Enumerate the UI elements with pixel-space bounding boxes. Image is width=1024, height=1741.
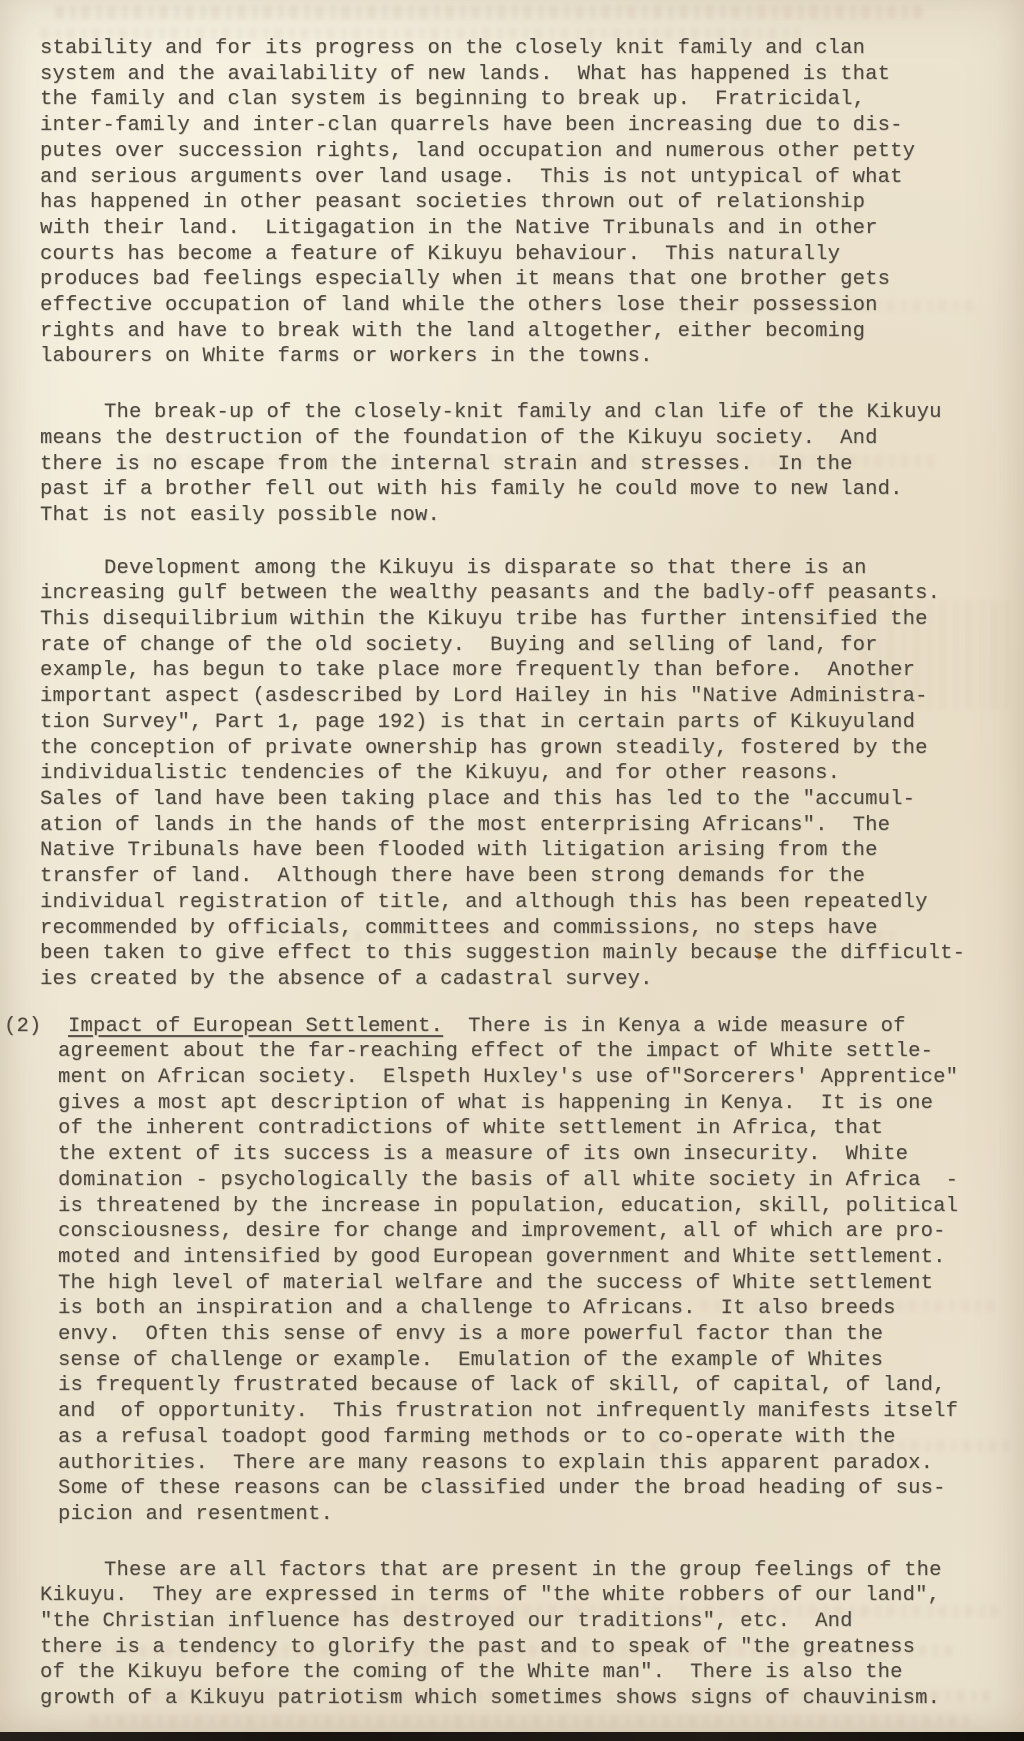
text-line: example, has begun to take place more fr… bbox=[40, 658, 992, 684]
text-line: Development among the Kikuyu is disparat… bbox=[40, 556, 992, 582]
text-line: and serious arguments over land usage. T… bbox=[40, 165, 992, 191]
text-line: rate of change of the old society. Buyin… bbox=[40, 633, 992, 659]
document-body: stability and for its progress on the cl… bbox=[40, 36, 992, 1712]
text-line: transfer of land. Although there have be… bbox=[40, 864, 992, 890]
paragraph-4-numbered-item: (2)Impact of European Settlement. There … bbox=[40, 1014, 992, 1528]
text-line: means the destruction of the foundation … bbox=[40, 426, 992, 452]
text-line: Native Tribunals have been flooded with … bbox=[40, 838, 992, 864]
text-line: ment on African society. Elspeth Huxley'… bbox=[58, 1065, 992, 1091]
scan-edge-bar bbox=[0, 1732, 1024, 1741]
text-line: increasing gulf between the wealthy peas… bbox=[40, 581, 992, 607]
paragraph-5: These are all factors that are present i… bbox=[40, 1558, 992, 1712]
text-line: ies created by the absence of a cadastra… bbox=[40, 967, 992, 993]
text-line: individualistic tendencies of the Kikuyu… bbox=[40, 761, 992, 787]
text-line: as a refusal toadopt good farming method… bbox=[58, 1425, 992, 1451]
text-line: the extent of its success is a measure o… bbox=[58, 1142, 992, 1168]
text-line: and of opportunity. This frustration not… bbox=[58, 1399, 992, 1425]
text-line: labourers on White farms or workers in t… bbox=[40, 344, 992, 370]
text-line: rights and have to break with the land a… bbox=[40, 319, 992, 345]
text-line: putes over succession rights, land occup… bbox=[40, 139, 992, 165]
text-line: effective occupation of land while the o… bbox=[40, 293, 992, 319]
text-line: This disequilibrium within the Kikuyu tr… bbox=[40, 607, 992, 633]
text-line: agreement about the far-reaching effect … bbox=[58, 1039, 992, 1065]
text-line: (2)Impact of European Settlement. There … bbox=[58, 1014, 992, 1040]
text-line: The break-up of the closely-knit family … bbox=[40, 400, 992, 426]
text-line: consciousness, desire for change and imp… bbox=[58, 1219, 992, 1245]
text-line: gives a most apt description of what is … bbox=[58, 1091, 992, 1117]
paragraph-1: stability and for its progress on the cl… bbox=[40, 36, 992, 370]
text-line: That is not easily possible now. bbox=[40, 503, 992, 529]
text-line: tion Survey", Part 1, page 192) is that … bbox=[40, 710, 992, 736]
text-line: the conception of private ownership has … bbox=[40, 736, 992, 762]
text-line: the family and clan system is beginning … bbox=[40, 87, 992, 113]
section-heading: Impact of European Settlement. bbox=[68, 1015, 443, 1038]
text-line: been taken to give effect to this sugges… bbox=[40, 941, 992, 967]
text-line: ation of lands in the hands of the most … bbox=[40, 813, 992, 839]
text-line: individual registration of title, and al… bbox=[40, 890, 992, 916]
text-line: recommended by officials, committees and… bbox=[40, 916, 992, 942]
text-line: is threatened by the increase in populat… bbox=[58, 1194, 992, 1220]
text-line: authorities. There are many reasons to e… bbox=[58, 1451, 992, 1477]
text-line: important aspect (asdescribed by Lord Ha… bbox=[40, 684, 992, 710]
text-line: is both an inspiration and a challenge t… bbox=[58, 1296, 992, 1322]
text-line: stability and for its progress on the cl… bbox=[40, 36, 992, 62]
text-line: "the Christian influence has destroyed o… bbox=[40, 1609, 992, 1635]
heading-line-text: There is in Kenya a wide measure of bbox=[443, 1015, 906, 1038]
text-line: sense of challenge or example. Emulation… bbox=[58, 1348, 992, 1374]
text-line: Sales of land have been taking place and… bbox=[40, 787, 992, 813]
paragraph-3: Development among the Kikuyu is disparat… bbox=[40, 556, 992, 993]
text-line: is frequently frustrated because of lack… bbox=[58, 1373, 992, 1399]
paragraph-2: The break-up of the closely-knit family … bbox=[40, 400, 992, 529]
text-line: inter-family and inter-clan quarrels hav… bbox=[40, 113, 992, 139]
text-line: domination - psychologically the basis o… bbox=[58, 1168, 992, 1194]
item-number: (2) bbox=[4, 1014, 42, 1040]
text-line: with their land. Litigagation in the Nat… bbox=[40, 216, 992, 242]
text-line: Some of these reasons can be classified … bbox=[58, 1476, 992, 1502]
text-line: picion and resentment. bbox=[58, 1502, 992, 1528]
text-line: has happened in other peasant societies … bbox=[40, 190, 992, 216]
text-line: These are all factors that are present i… bbox=[40, 1558, 992, 1584]
text-line: there is a tendency to glorify the past … bbox=[40, 1635, 992, 1661]
text-line: growth of a Kikuyu patriotism which some… bbox=[40, 1686, 992, 1712]
text-line: produces bad feelings especially when it… bbox=[40, 267, 992, 293]
text-line: envy. Often this sense of envy is a more… bbox=[58, 1322, 992, 1348]
text-line: system and the availability of new lands… bbox=[40, 62, 992, 88]
text-line: moted and intensified by good European g… bbox=[58, 1245, 992, 1271]
text-line: courts has become a feature of Kikuyu be… bbox=[40, 242, 992, 268]
text-line: The high level of material welfare and t… bbox=[58, 1271, 992, 1297]
text-line: there is no escape from the internal str… bbox=[40, 452, 992, 478]
text-line: of the Kikuyu before the coming of the W… bbox=[40, 1660, 992, 1686]
text-line: Kikuyu. They are expressed in terms of "… bbox=[40, 1583, 992, 1609]
text-line: of the inherent contradictions of white … bbox=[58, 1116, 992, 1142]
text-line: past if a brother fell out with his fami… bbox=[40, 477, 992, 503]
